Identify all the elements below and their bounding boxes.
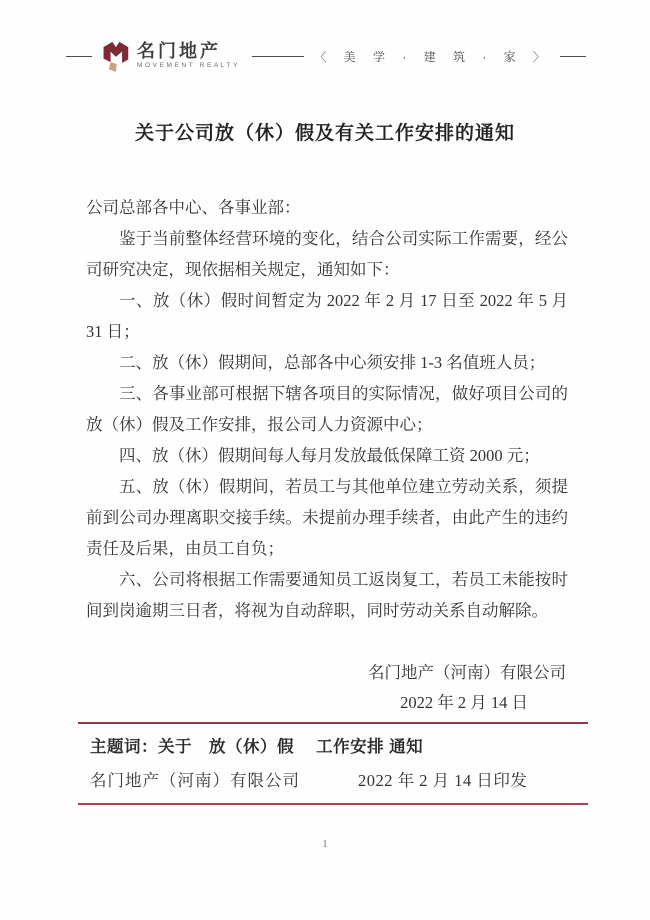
letterhead-right-dash — [560, 56, 586, 57]
footer-print-date: 2022 年 2 月 14 日印发 — [358, 767, 527, 791]
logo-name-en: MOVEMENT REALTY — [137, 63, 240, 70]
company-logo: 名门地产 MOVEMENT REALTY — [100, 39, 240, 73]
paragraph-item-1: 一、放（休）假时间暂定为 2022 年 2 月 17 日至 2022 年 5 月… — [86, 285, 568, 347]
logo-text: 名门地产 MOVEMENT REALTY — [137, 42, 240, 70]
document-page: 名门地产 MOVEMENT REALTY 〈 美 学 · 建 筑 · 家 〉 关… — [0, 0, 650, 920]
signature-date: 2022 年 2 月 14 日 — [368, 688, 566, 718]
paragraph-item-5: 五、放（休）假期间，若员工与其他单位建立劳动关系，须提前到公司办理离职交接手续。… — [86, 471, 568, 564]
logo-name-cn: 名门地产 — [137, 42, 240, 60]
salutation: 公司总部各中心、各事业部： — [86, 192, 568, 223]
paragraph-item-3: 三、各事业部可根据下辖各项目的实际情况，做好项目公司的放（休）假及工作安排，报公… — [86, 378, 568, 440]
signature-company: 名门地产（河南）有限公司 — [368, 658, 566, 688]
document-title: 关于公司放（休）假及有关工作安排的通知 — [0, 118, 650, 145]
footer-keywords: 主题词：关于 放（休）假 工作安排 通知 — [78, 724, 588, 763]
footer-issue-row: 名门地产（河南）有限公司 2022 年 2 月 14 日印发 — [78, 763, 588, 803]
brand-slogan: 〈 美 学 · 建 筑 · 家 〉 — [314, 48, 552, 65]
signature-block: 名门地产（河南）有限公司 2022 年 2 月 14 日 — [368, 658, 566, 718]
paragraph-item-4: 四、放（休）假期间每人每月发放最低保障工资 2000 元； — [86, 440, 568, 471]
footer-company: 名门地产（河南）有限公司 — [90, 767, 358, 791]
paragraph-intro: 鉴于当前整体经营环境的变化，结合公司实际工作需要，经公司研究决定，现依据相关规定… — [86, 223, 568, 285]
letterhead-left-dash — [66, 56, 92, 57]
paragraph-item-6: 六、公司将根据工作需要通知员工返岗复工，若员工未能按时间到岗逾期三日者，将视为自… — [86, 564, 568, 626]
logo-m-cube-icon — [100, 39, 130, 73]
letterhead: 名门地产 MOVEMENT REALTY 〈 美 学 · 建 筑 · 家 〉 — [66, 36, 586, 76]
page-number: 1 — [0, 838, 650, 850]
paragraph-item-2: 二、放（休）假期间，总部各中心须安排 1-3 名值班人员； — [86, 347, 568, 378]
letterhead-middle-rule — [252, 56, 304, 57]
footer-block: 主题词：关于 放（休）假 工作安排 通知 名门地产（河南）有限公司 2022 年… — [78, 722, 588, 805]
document-body: 公司总部各中心、各事业部： 鉴于当前整体经营环境的变化，结合公司实际工作需要，经… — [86, 192, 568, 626]
